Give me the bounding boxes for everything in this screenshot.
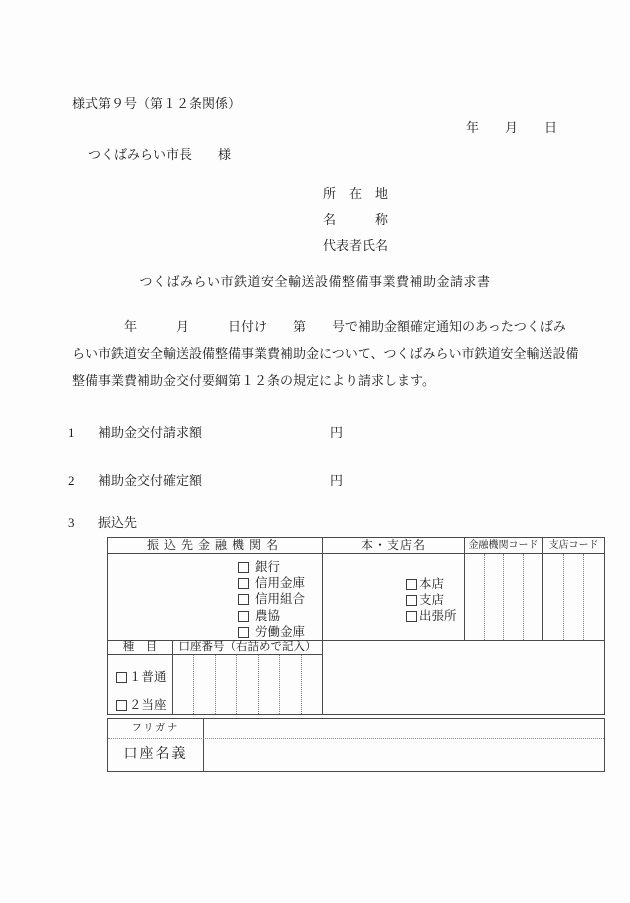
bank-table-body-row: 銀行 信用金庫 信用組合 農協 労働金庫 [108, 554, 604, 641]
account-number-digit-cell [302, 655, 322, 714]
body-line: 整備事業費補助金交付要綱第１２条の規定により請求します。 [72, 367, 572, 394]
form-page: 様式第９号（第１２条関係） 年 月 日 つくばみらい市長 様 所 在 地 名 称… [0, 0, 630, 903]
account-number-digit-cell [216, 655, 237, 714]
body-line: らい市鉄道安全輸送設備整備事業費補助金について、つくばみらい市鉄道安全輸送設備 [72, 340, 572, 367]
account-type-label: １普通 [129, 669, 167, 686]
applicant-representative-label: 代表者氏名 [323, 233, 388, 259]
applicant-block: 所 在 地 名 称 代表者氏名 [323, 181, 388, 259]
bank-type-checkbox-list: 銀行 信用金庫 信用組合 農協 労働金庫 [108, 554, 323, 640]
account-number-digit-cell [280, 655, 301, 714]
branch-code-digit-cell [584, 554, 604, 640]
item-number: 1 [68, 424, 98, 442]
account-name-table: フリガナ 口座名義 [107, 718, 605, 772]
account-name-label: 口座名義 [108, 739, 204, 771]
branch-type-option: 出張所 [406, 609, 464, 625]
account-type-checkbox-list: １普通 ２当座 [108, 655, 172, 719]
account-number-digit-cell [173, 655, 194, 714]
body-paragraph: 年 月 日付け 第 号で補助金額確定通知のあったつくばみ らい市鉄道安全輸送設備… [72, 313, 572, 394]
item-requested-amount: 1 補助金交付請求額 円 [68, 424, 343, 442]
account-number-column: 口座番号（右詰めで記入） [173, 641, 323, 714]
item-label: 振込先 [98, 514, 330, 532]
bank-type-label: 信用金庫 [255, 575, 305, 592]
account-number-entry-cells [173, 655, 322, 714]
bank-type-label: 信用組合 [255, 591, 305, 608]
branch-type-option: 本店 [406, 576, 464, 592]
account-section-row: 種 目 １普通 ２当座 口座番号（右詰めで記入） [108, 641, 604, 714]
item-fixed-amount: 2 補助金交付確定額 円 [68, 472, 343, 490]
furigana-label: フリガナ [108, 719, 204, 738]
item-number: 3 [68, 514, 98, 532]
checkbox-icon [238, 594, 249, 605]
bank-code-digit-cell [504, 554, 524, 640]
checkbox-icon [238, 611, 249, 622]
branch-type-option: 支店 [406, 592, 464, 608]
bank-type-label: 農協 [255, 608, 280, 625]
account-type-label: ２当座 [129, 697, 167, 714]
bank-transfer-table: 振込先金融機関名 本・支店名 金融機関コード 支店コード 銀行 信用金庫 信用組… [107, 537, 605, 715]
account-number-digit-cell [194, 655, 215, 714]
account-type-column: 種 目 １普通 ２当座 [108, 641, 173, 714]
item-label: 補助金交付確定額 [98, 472, 330, 490]
account-number-digit-cell [237, 655, 258, 714]
form-number: 様式第９号（第１２条関係） [72, 95, 241, 113]
account-section-blank-cell [323, 641, 604, 714]
bank-code-digit-cell [524, 554, 543, 640]
account-name-blank-field [204, 739, 604, 771]
bank-type-option: 銀行 [238, 559, 322, 575]
bank-type-label: 銀行 [255, 559, 280, 576]
checkbox-icon [238, 578, 249, 589]
checkbox-icon [406, 611, 417, 622]
checkbox-icon [238, 627, 249, 638]
account-number-digit-cell [259, 655, 280, 714]
header-branch-code: 支店コード [543, 538, 604, 553]
checkbox-icon [406, 595, 417, 606]
item-label: 補助金交付請求額 [98, 424, 330, 442]
item-unit-yen: 円 [330, 424, 343, 442]
header-bank-name: 振込先金融機関名 [108, 538, 323, 553]
applicant-address-label: 所 在 地 [323, 181, 388, 207]
furigana-blank-field [204, 719, 604, 738]
bank-type-option: 信用金庫 [238, 575, 322, 591]
bank-type-option: 農協 [238, 608, 322, 624]
item-unit-yen: 円 [330, 472, 343, 490]
document-title: つくばみらい市鉄道安全輸送設備整備事業費補助金請求書 [0, 273, 630, 291]
item-number: 2 [68, 472, 98, 490]
account-number-header: 口座番号（右詰めで記入） [173, 641, 322, 655]
branch-code-entry-cells [543, 554, 604, 640]
checkbox-icon [238, 562, 249, 573]
checkbox-icon [116, 672, 127, 683]
checkbox-icon [116, 700, 127, 711]
bank-code-digit-cell [465, 554, 485, 640]
branch-type-label: 支店 [419, 592, 444, 609]
branch-code-digit-cell [564, 554, 585, 640]
bank-type-option: 信用組合 [238, 592, 322, 608]
branch-code-digit-cell [543, 554, 564, 640]
applicant-name-label: 名 称 [323, 207, 388, 233]
branch-type-label: 本店 [419, 576, 444, 593]
header-bank-code: 金融機関コード [465, 538, 543, 553]
addressee-line: つくばみらい市長 様 [88, 146, 231, 164]
bank-type-label: 労働金庫 [255, 624, 305, 641]
header-branch-name: 本・支店名 [323, 538, 465, 553]
bank-type-option: 労働金庫 [238, 624, 322, 640]
account-type-header: 種 目 [108, 641, 172, 655]
branch-type-checkbox-list: 本店 支店 出張所 [323, 554, 465, 640]
branch-type-label: 出張所 [419, 608, 457, 625]
account-type-option: １普通 [116, 663, 172, 691]
date-blank-line: 年 月 日 [466, 119, 557, 137]
bank-code-entry-cells [465, 554, 543, 640]
account-type-option: ２当座 [116, 691, 172, 719]
body-line: 年 月 日付け 第 号で補助金額確定通知のあったつくばみ [72, 313, 572, 340]
bank-table-header-row: 振込先金融機関名 本・支店名 金融機関コード 支店コード [108, 538, 604, 554]
account-name-row: 口座名義 [108, 739, 604, 771]
bank-code-digit-cell [485, 554, 505, 640]
item-transfer-destination: 3 振込先 [68, 514, 330, 532]
checkbox-icon [406, 579, 417, 590]
furigana-row: フリガナ [108, 719, 604, 739]
